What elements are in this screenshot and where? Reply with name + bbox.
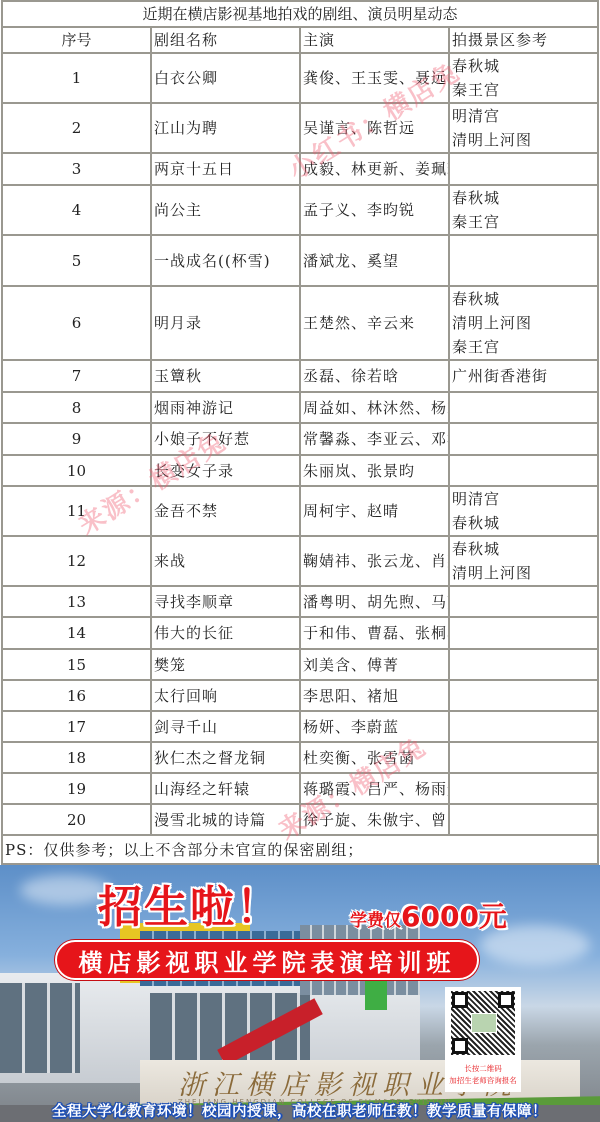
location-name: 春秋城 — [452, 287, 595, 311]
table-row: 6明月录王楚然、辛云来春秋城清明上河图秦王宫 — [2, 286, 598, 360]
location-cell — [449, 773, 598, 804]
row-number: 5 — [2, 235, 151, 286]
location-cell — [449, 680, 598, 711]
cast-list: 潘粤明、胡先煦、马苏、谢可寅 — [300, 586, 449, 617]
table-row: 4尚公主孟子义、李昀锐春秋城秦王宫 — [2, 185, 598, 235]
table-row: 11金吾不禁周柯宇、赵晴明清宫春秋城 — [2, 486, 598, 536]
table-row: 15樊笼刘美含、傅菁 — [2, 649, 598, 680]
cast-list: 李思阳、褚旭 — [300, 680, 449, 711]
cast-list: 鞠婧祎、张云龙、肖燕、古子成 — [300, 536, 449, 586]
cast-list: 成毅、林更新、姜珮瑶、吴幸健、王和 — [300, 153, 449, 185]
cast-list: 杨妍、李蔚蓝 — [300, 711, 449, 742]
crew-title: 金吾不禁 — [151, 486, 300, 536]
row-number: 3 — [2, 153, 151, 185]
qr-caption-line1: 长按二维码 — [445, 1063, 521, 1074]
location-cell: 春秋城秦王宫 — [449, 53, 598, 103]
crew-title: 尚公主 — [151, 185, 300, 235]
crew-title: 烟雨神游记 — [151, 392, 300, 423]
row-number: 7 — [2, 360, 151, 392]
crew-dynamics-table: 近期在横店影视基地拍戏的剧组、演员明星动态 序号 剧组名称 主演 拍摄景区参考 … — [1, 0, 599, 865]
location-name: 秦王宫 — [452, 335, 595, 359]
header-no: 序号 — [2, 27, 151, 53]
cast-list: 吴谨言、陈哲远 — [300, 103, 449, 153]
location-name: 清明上河图 — [452, 311, 595, 335]
row-number: 2 — [2, 103, 151, 153]
location-name: 明清宫 — [452, 104, 595, 128]
location-name: 清明上河图 — [452, 561, 595, 585]
crew-title: 两京十五日 — [151, 153, 300, 185]
location-name: 秦王宫 — [452, 78, 595, 102]
header-location: 拍摄景区参考 — [449, 27, 598, 53]
location-name: 春秋城 — [452, 511, 595, 535]
row-number: 17 — [2, 711, 151, 742]
table-row: 3两京十五日成毅、林更新、姜珮瑶、吴幸健、王和 — [2, 153, 598, 185]
table-row: 12来战鞠婧祎、张云龙、肖燕、古子成春秋城清明上河图 — [2, 536, 598, 586]
ps-note: PS：仅供参考；以上不含部分未官宣的保密剧组； — [2, 835, 598, 864]
crew-title: 一战成名((杯雪) — [151, 235, 300, 286]
location-cell: 春秋城清明上河图 — [449, 536, 598, 586]
crew-title: 白衣公卿 — [151, 53, 300, 103]
cast-list: 蒋璐霞、吕严、杨雨光 — [300, 773, 449, 804]
course-title: 横店影视职业学院表演培训班 — [79, 943, 456, 978]
table-header-row: 序号 剧组名称 主演 拍摄景区参考 — [2, 27, 598, 53]
crew-title: 玉簟秋 — [151, 360, 300, 392]
cast-list: 常馨淼、李亚云、邓相南、洪子芃 — [300, 423, 449, 455]
row-number: 9 — [2, 423, 151, 455]
crew-title: 狄仁杰之督龙铜 — [151, 742, 300, 773]
crew-title: 剑寻千山 — [151, 711, 300, 742]
location-cell — [449, 586, 598, 617]
price-amount: 6000元 — [401, 900, 507, 933]
table-title: 近期在横店影视基地拍戏的剧组、演员明星动态 — [2, 1, 598, 27]
location-cell: 明清宫春秋城 — [449, 486, 598, 536]
building-green-panel — [365, 980, 387, 1010]
cast-list: 徐子旋、朱傲宇、曾国翔、章航、邹漪琳 — [300, 804, 449, 835]
location-name: 秦王宫 — [452, 210, 595, 234]
cast-list: 丞磊、徐若晗 — [300, 360, 449, 392]
ps-note-row: PS：仅供参考；以上不含部分未官宣的保密剧组； — [2, 835, 598, 864]
row-number: 8 — [2, 392, 151, 423]
header-title: 剧组名称 — [151, 27, 300, 53]
location-cell — [449, 742, 598, 773]
table-row: 7玉簟秋丞磊、徐若晗广州街香港街 — [2, 360, 598, 392]
crew-title: 小娘子不好惹 — [151, 423, 300, 455]
qr-caption-line2: 加招生老师咨询报名 — [445, 1075, 521, 1086]
location-cell: 广州街香港街 — [449, 360, 598, 392]
table-body: 1白衣公卿龚俊、王玉雯、聂远、余承恩春秋城秦王宫2江山为聘吴谨言、陈哲远明清宫清… — [2, 53, 598, 835]
enrollment-headline: 招生啦！ — [98, 871, 282, 935]
location-cell — [449, 711, 598, 742]
location-cell: 明清宫清明上河图 — [449, 103, 598, 153]
building-glass — [0, 983, 80, 1073]
price-prefix: 学费仅 — [350, 911, 401, 931]
table-row: 20漫雪北城的诗篇徐子旋、朱傲宇、曾国翔、章航、邹漪琳 — [2, 804, 598, 835]
cast-list: 王楚然、辛云来 — [300, 286, 449, 360]
location-cell — [449, 455, 598, 486]
location-name: 春秋城 — [452, 186, 595, 210]
row-number: 16 — [2, 680, 151, 711]
crew-title: 江山为聘 — [151, 103, 300, 153]
banner-slogan: 全程大学化教育环境！校园内授课，高校在职老师任教！教学质量有保障！ — [52, 1100, 547, 1121]
cast-list: 周益如、林沐然、杨志刚 — [300, 392, 449, 423]
row-number: 10 — [2, 455, 151, 486]
row-number: 19 — [2, 773, 151, 804]
location-cell: 春秋城秦王宫 — [449, 185, 598, 235]
location-cell — [449, 804, 598, 835]
table-row: 1白衣公卿龚俊、王玉雯、聂远、余承恩春秋城秦王宫 — [2, 53, 598, 103]
row-number: 15 — [2, 649, 151, 680]
crew-title: 樊笼 — [151, 649, 300, 680]
cast-list: 刘美含、傅菁 — [300, 649, 449, 680]
row-number: 12 — [2, 536, 151, 586]
table-row: 8烟雨神游记周益如、林沐然、杨志刚 — [2, 392, 598, 423]
row-number: 14 — [2, 617, 151, 649]
location-name: 春秋城 — [452, 537, 595, 561]
table-row: 14伟大的长征于和伟、曹磊、张桐、王劲松 — [2, 617, 598, 649]
enrollment-banner[interactable]: 浙江横店影视职业学院 ZHEJIANG HENGDIAN COLLEGE OF … — [0, 865, 600, 1122]
crew-title: 来战 — [151, 536, 300, 586]
location-cell — [449, 649, 598, 680]
cast-list: 朱丽岚、张景昀 — [300, 455, 449, 486]
crew-title: 漫雪北城的诗篇 — [151, 804, 300, 835]
course-title-pill: 横店影视职业学院表演培训班 — [55, 940, 479, 980]
table-row: 18狄仁杰之督龙铜杜奕衡、张雪菡 — [2, 742, 598, 773]
crew-title: 山海经之轩辕 — [151, 773, 300, 804]
location-name: 春秋城 — [452, 54, 595, 78]
location-cell — [449, 153, 598, 185]
cast-list: 杜奕衡、张雪菡 — [300, 742, 449, 773]
table-row: 2江山为聘吴谨言、陈哲远明清宫清明上河图 — [2, 103, 598, 153]
table-row: 5一战成名((杯雪)潘斌龙、奚望 — [2, 235, 598, 286]
cast-list: 潘斌龙、奚望 — [300, 235, 449, 286]
row-number: 4 — [2, 185, 151, 235]
header-cast: 主演 — [300, 27, 449, 53]
cast-list: 龚俊、王玉雯、聂远、余承恩 — [300, 53, 449, 103]
table-row: 16太行回响李思阳、褚旭 — [2, 680, 598, 711]
table-row: 9小娘子不好惹常馨淼、李亚云、邓相南、洪子芃 — [2, 423, 598, 455]
crew-title: 伟大的长征 — [151, 617, 300, 649]
location-cell — [449, 617, 598, 649]
location-cell — [449, 423, 598, 455]
row-number: 18 — [2, 742, 151, 773]
location-name: 明清宫 — [452, 487, 595, 511]
cloud-decoration — [20, 875, 110, 905]
cast-list: 于和伟、曹磊、张桐、王劲松 — [300, 617, 449, 649]
tuition-price: 学费仅6000元 — [350, 895, 507, 935]
location-cell — [449, 392, 598, 423]
row-number: 6 — [2, 286, 151, 360]
dynamics-table-sheet: 近期在横店影视基地拍戏的剧组、演员明星动态 序号 剧组名称 主演 拍摄景区参考 … — [0, 0, 600, 865]
row-number: 1 — [2, 53, 151, 103]
table-row: 19山海经之轩辕蒋璐霞、吕严、杨雨光 — [2, 773, 598, 804]
location-cell: 春秋城清明上河图秦王宫 — [449, 286, 598, 360]
qr-code-card[interactable]: 长按二维码 加招生老师咨询报名 — [445, 987, 521, 1092]
cast-list: 孟子义、李昀锐 — [300, 185, 449, 235]
crew-title: 寻找李顺章 — [151, 586, 300, 617]
location-name: 广州街香港街 — [452, 364, 595, 388]
row-number: 20 — [2, 804, 151, 835]
location-name: 清明上河图 — [452, 128, 595, 152]
table-row: 10长变女子录朱丽岚、张景昀 — [2, 455, 598, 486]
table-row: 17剑寻千山杨妍、李蔚蓝 — [2, 711, 598, 742]
crew-title: 明月录 — [151, 286, 300, 360]
qr-logo-thumbnail — [471, 1013, 497, 1033]
crew-title: 长变女子录 — [151, 455, 300, 486]
table-row: 13寻找李顺章潘粤明、胡先煦、马苏、谢可寅 — [2, 586, 598, 617]
row-number: 13 — [2, 586, 151, 617]
row-number: 11 — [2, 486, 151, 536]
cast-list: 周柯宇、赵晴 — [300, 486, 449, 536]
table-title-row: 近期在横店影视基地拍戏的剧组、演员明星动态 — [2, 1, 598, 27]
crew-title: 太行回响 — [151, 680, 300, 711]
location-cell — [449, 235, 598, 286]
